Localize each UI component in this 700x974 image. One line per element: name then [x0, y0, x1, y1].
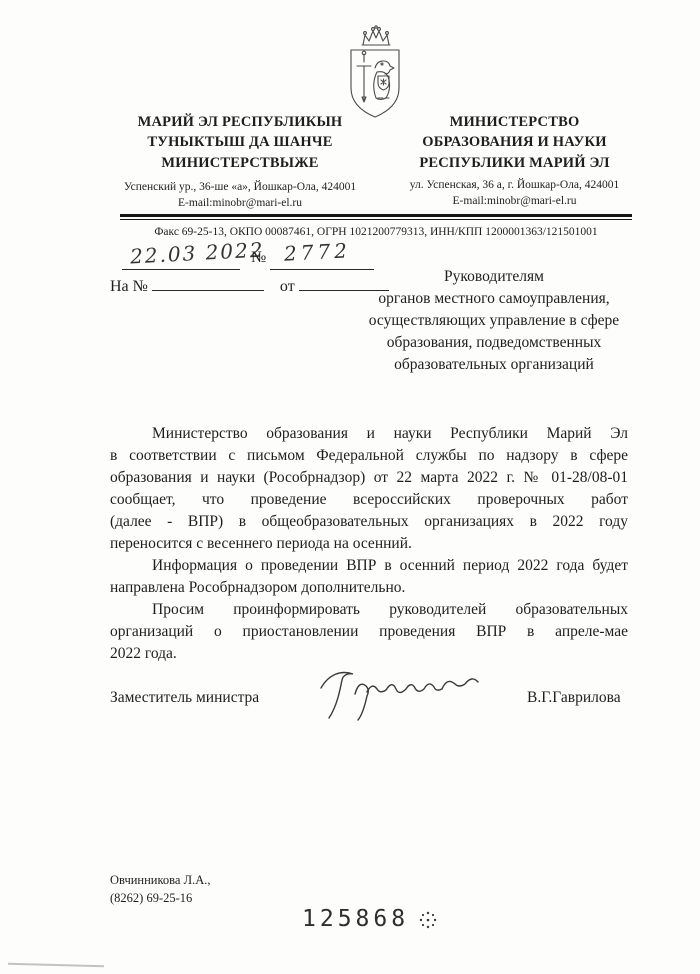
org-name-mari-line: ТУНЫКТЫШ ДА ШАНЧЕ [100, 132, 380, 152]
address-right-email: E-mail:minobr@mari-el.ru [392, 194, 637, 210]
addressee-line: осуществляющих управление в сфере [348, 310, 640, 332]
reply-reference-line: На № от [110, 276, 389, 296]
body-line: в соответствии с письмом Федеральной слу… [110, 445, 628, 467]
body-line: Просим проинформировать руководителей об… [110, 599, 628, 621]
reply-number-blank [152, 276, 264, 291]
stamp-number: 125868 [302, 906, 409, 932]
addressee-line: Руководителям [348, 266, 640, 288]
signatory-name: В.Г.Гаврилова [527, 689, 621, 707]
letterhead-divider [120, 214, 632, 220]
date-underline [122, 269, 240, 270]
outgoing-number-handwritten: 2772 [283, 238, 351, 265]
dotted-asterisk-icon [418, 910, 438, 930]
org-name-russian-line: ОБРАЗОВАНИЯ И НАУКИ [392, 132, 637, 152]
org-name-mari-line: МАРИЙ ЭЛ РЕСПУБЛИКЫН [100, 112, 380, 132]
addressee-line: органов местного самоуправления, [348, 288, 640, 310]
address-left-street: Успенский ур., 36-ше «а», Йошкар-Ола, 42… [100, 180, 380, 196]
scanned-letter-page: МАРИЙ ЭЛ РЕСПУБЛИКЫН ТУНЫКТЫШ ДА ШАНЧЕ М… [0, 0, 700, 974]
body-line: организаций о приостановлении проведения… [110, 621, 628, 643]
body-line: Информация о проведении ВПР в осенний пе… [110, 555, 628, 577]
requisites-line: Факс 69-25-13, ОКПО 00087461, ОГРН 10212… [120, 226, 632, 238]
executor-block: Овчинникова Л.А., (8262) 69-25-16 [110, 872, 210, 907]
reply-na-label: На № [110, 278, 148, 295]
address-right: ул. Успенская, 36 а, г. Йошкар-Ола, 4240… [392, 178, 637, 209]
org-name-russian-line: МИНИСТЕРСТВО [392, 112, 637, 132]
signature-autograph-icon [315, 662, 485, 722]
reply-ot-label: от [280, 278, 295, 295]
body-line: направлена Рособрнадзором дополнительно. [110, 577, 628, 599]
address-left-email: E-mail:minobr@mari-el.ru [100, 196, 380, 212]
body-line: сообщает, что проведение всероссийских п… [110, 489, 628, 511]
org-name-mari-line: МИНИСТЕРСТВЫЖЕ [100, 153, 380, 173]
number-sign: № [251, 249, 266, 267]
executor-phone: (8262) 69-25-16 [110, 890, 210, 908]
addressee-line: образовательных организаций [348, 354, 640, 376]
org-name-russian-line: РЕСПУБЛИКИ МАРИЙ ЭЛ [392, 153, 637, 173]
executor-name: Овчинникова Л.А., [110, 872, 210, 890]
scan-artifact-line [8, 963, 104, 968]
address-right-street: ул. Успенская, 36 а, г. Йошкар-Ола, 4240… [392, 178, 637, 194]
address-left: Успенский ур., 36-ше «а», Йошкар-Ола, 42… [100, 180, 380, 211]
signatory-position: Заместитель министра [110, 689, 259, 707]
addressee-line: образования, подведомственных [348, 332, 640, 354]
body-line: образования и науки (Рособрнадзор) от 22… [110, 467, 628, 489]
addressee-block: Руководителям органов местного самоуправ… [348, 266, 640, 376]
mari-el-coat-of-arms-icon [337, 24, 413, 124]
body-line: Министерство образования и науки Республ… [110, 423, 628, 445]
org-name-mari: МАРИЙ ЭЛ РЕСПУБЛИКЫН ТУНЫКТЫШ ДА ШАНЧЕ М… [100, 112, 380, 173]
body-line: переносится с весеннего периода на осенн… [110, 533, 628, 555]
letter-body: Министерство образования и науки Республ… [110, 423, 628, 665]
org-name-russian: МИНИСТЕРСТВО ОБРАЗОВАНИЯ И НАУКИ РЕСПУБЛ… [392, 112, 637, 173]
outgoing-date-handwritten: 22.03 2022 [129, 237, 265, 268]
body-line: (далее - ВПР) в общеобразовательных орга… [110, 511, 628, 533]
